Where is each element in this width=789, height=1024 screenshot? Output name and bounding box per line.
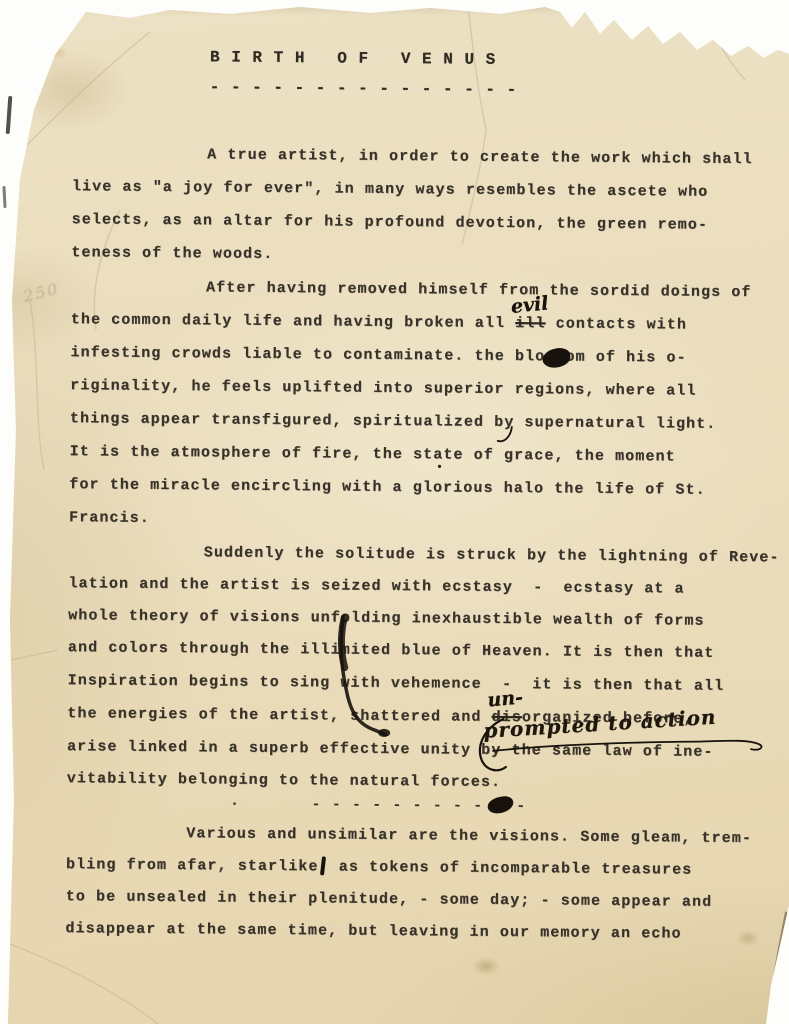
paper-sheet: B I R T H O F V E N U S - - - - - - - - … [0, 0, 789, 1024]
typed-text: selects, as an altar for his profound de… [72, 211, 709, 234]
typed-text: contacts with [545, 315, 687, 333]
typed-line: live as "a joy for ever", in many ways r… [72, 178, 709, 201]
typed-line: to be unsealed in their plenitude, - som… [66, 888, 713, 911]
typed-text: After having removed himself from the so… [206, 279, 752, 301]
typed-line: things appear transfigured, spiritualize… [70, 410, 717, 433]
typed-text: riginality, he feels uplifted into super… [70, 377, 696, 399]
typed-text: infesting crowds liable to contaminate. … [70, 344, 545, 365]
ink-blot-over-text: ss [545, 348, 565, 365]
typed-text: bling from afar, starlike [66, 856, 319, 875]
section-divider: - - - - - - - - -- [311, 795, 526, 815]
margin-scribble: 250 [21, 279, 61, 306]
typed-line: selects, as an altar for his profound de… [72, 211, 709, 234]
typed-line: Various and unsimilar are the visions. S… [186, 825, 752, 847]
typed-line: Inspiration begins to sing with vehemenc… [68, 672, 725, 695]
ink-speck [438, 465, 441, 468]
typed-text: lation and the artist is seized with ecs… [68, 575, 684, 597]
typed-text: Francis. [69, 509, 150, 527]
typed-line: for the miracle encircling with a glorio… [69, 476, 706, 499]
ink-blot [486, 795, 515, 816]
typed-line: whole theory of visions unfolding inexha… [68, 607, 705, 630]
typed-line: infesting crowds liable to contaminate. … [70, 344, 686, 366]
typed-text: Suddenly the solitude is struck by the l… [204, 544, 780, 566]
typed-line: the common daily life and having broken … [71, 311, 687, 333]
typed-text-layer: B I R T H O F V E N U S - - - - - - - - … [0, 0, 789, 1024]
typed-line: disappear at the same time, but leaving … [65, 920, 681, 942]
typed-line: After having removed himself from the so… [206, 279, 752, 301]
corrected-word: illevil [515, 315, 545, 332]
typed-text: the common daily life and having broken … [71, 311, 516, 332]
typed-line: arise linked in a superb effective unity… [67, 738, 714, 761]
struck-text: ill [515, 315, 545, 332]
typed-text: It is the atmosphere of fire, the state … [70, 443, 676, 465]
typed-line: It is the atmosphere of fire, the state … [70, 443, 676, 465]
typed-text: arise linked in a superb effective unity… [67, 738, 714, 761]
document-title: B I R T H O F V E N U S [210, 48, 496, 68]
ink-speck [233, 802, 236, 805]
typed-text: vitability belonging to the natural forc… [67, 770, 502, 791]
typed-text: om of his o- [565, 348, 686, 366]
handwritten-correction: evil [510, 292, 550, 318]
typed-text: Inspiration begins to sing with vehemenc… [68, 672, 725, 695]
typed-text: and colors through the illimited blue of… [68, 639, 715, 662]
typed-line: riginality, he feels uplifted into super… [70, 377, 696, 399]
typed-text: to be unsealed in their plenitude, - som… [66, 888, 713, 911]
typed-lines-container: A true artist, in order to create the wo… [4, 0, 789, 3]
typed-line: lation and the artist is seized with ecs… [68, 575, 684, 597]
typed-text: things appear transfigured, spiritualize… [70, 410, 717, 433]
title-underline: - - - - - - - - - - - - - - - [210, 78, 518, 99]
typed-text: disappear at the same time, but leaving … [65, 920, 681, 942]
typed-line: Suddenly the solitude is struck by the l… [204, 544, 780, 566]
document-page: B I R T H O F V E N U S - - - - - - - - … [0, 0, 789, 1024]
typed-text: teness of the woods. [71, 244, 273, 263]
typed-text: as tokens of incomparable treasures [329, 858, 693, 878]
ink-mark: , [318, 858, 328, 875]
typed-text: for the miracle encircling with a glorio… [69, 476, 706, 499]
typed-line: A true artist, in order to create the wo… [207, 146, 753, 168]
binding-mark [2, 186, 6, 208]
divider-dash-right: - [516, 798, 526, 815]
typed-line: Francis. [69, 509, 150, 527]
divider-dashes-left: - - - - - - - - - [311, 796, 483, 814]
typed-text: live as "a joy for ever", in many ways r… [72, 178, 709, 201]
typed-text: whole theory of visions unfolding inexha… [68, 607, 705, 630]
typed-text: the energies of the artist, shattered an… [67, 705, 491, 726]
typed-text: A true artist, in order to create the wo… [207, 146, 753, 168]
typed-line: teness of the woods. [71, 244, 273, 263]
binding-mark [6, 96, 13, 134]
typed-line: and colors through the illimited blue of… [68, 639, 715, 662]
typed-line: bling from afar, starlike, as tokens of … [66, 856, 692, 878]
handwritten-correction: un- [487, 686, 524, 711]
ink-streak-blob [378, 729, 390, 737]
typed-text: Various and unsimilar are the visions. S… [186, 825, 752, 847]
typed-line: vitability belonging to the natural forc… [67, 770, 502, 791]
